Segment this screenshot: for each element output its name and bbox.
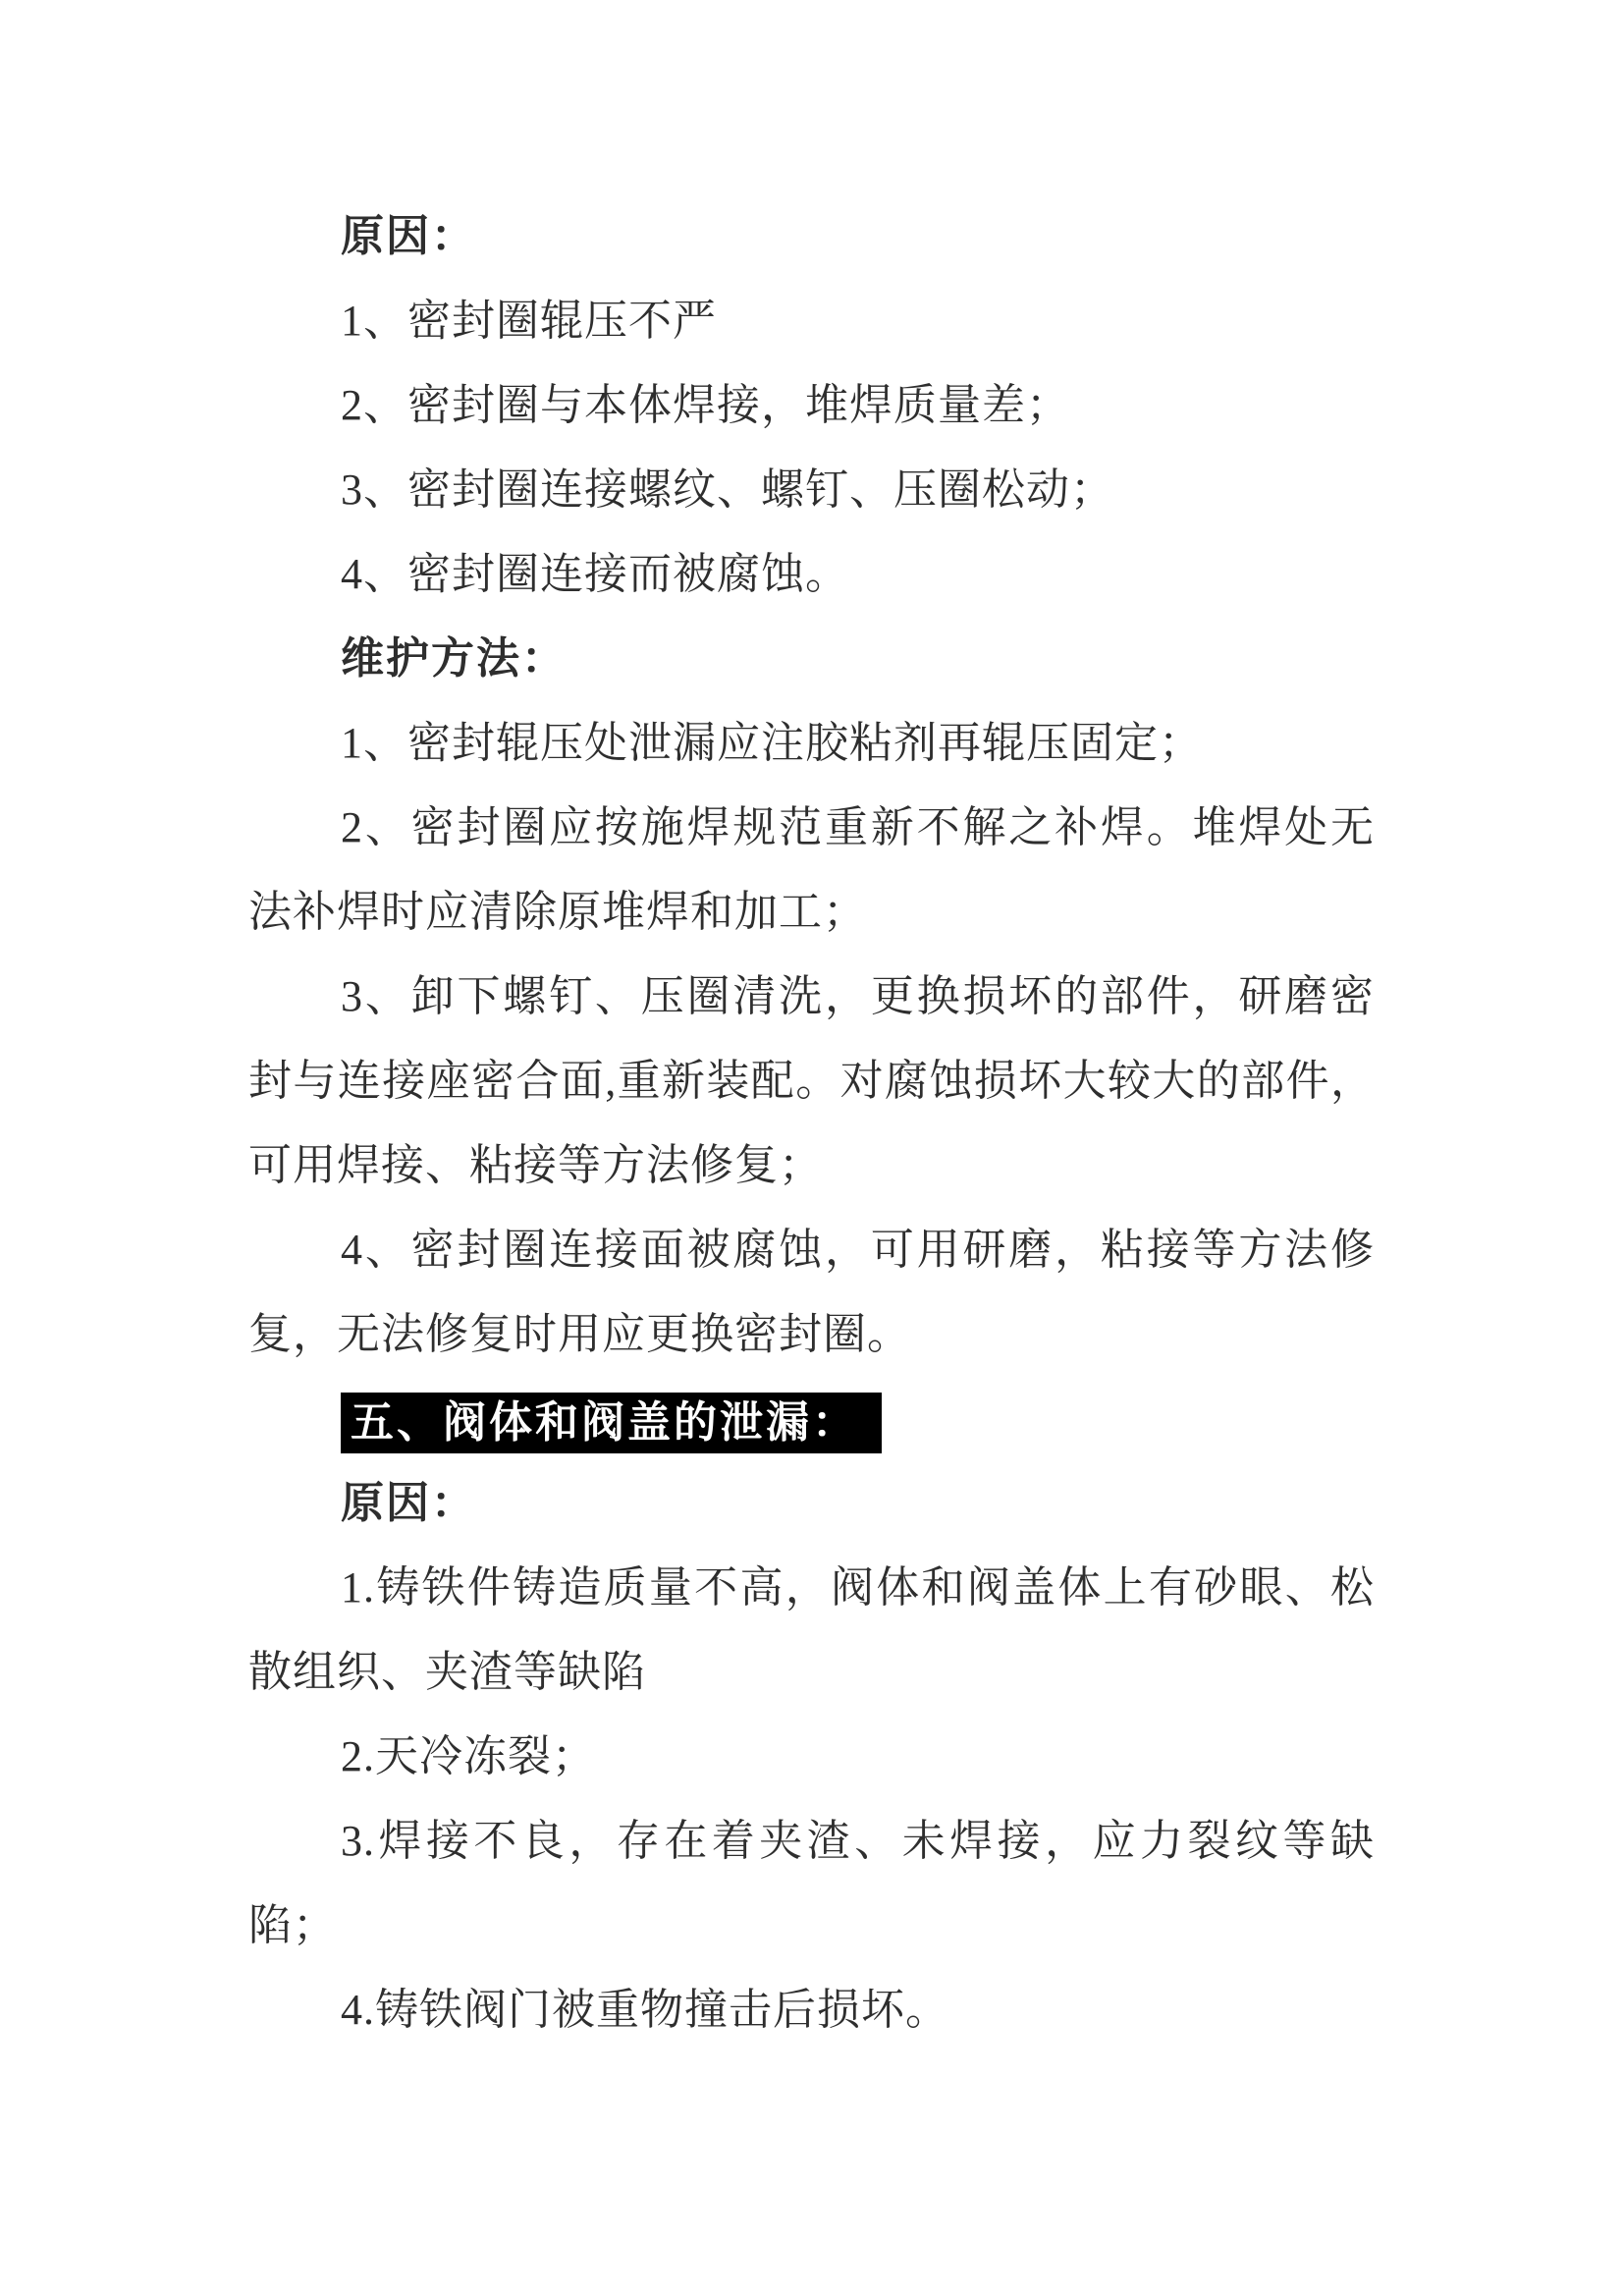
document-page: 原因：1、密封圈辊压不严2、密封圈与本体焊接，堆焊质量差；3、密封圈连接螺纹、螺… xyxy=(0,0,1623,2296)
text-line: 2、密封圈与本体焊接，堆焊质量差； xyxy=(248,363,1375,448)
text-line: 2.天冷冻裂； xyxy=(248,1715,1375,1799)
subheading-line: 原因： xyxy=(248,194,1375,279)
text-line: 3、卸下螺钉、压圈清洗，更换损坏的部件，研磨密 xyxy=(248,955,1375,1039)
text-line: 1、密封辊压处泄漏应注胶粘剂再辊压固定； xyxy=(248,701,1375,786)
text-line: 法补焊时应清除原堆焊和加工； xyxy=(248,870,1375,955)
text-line: 1、密封圈辊压不严 xyxy=(248,279,1375,363)
text-line: 4、密封圈连接而被腐蚀。 xyxy=(248,532,1375,617)
subheading-line: 原因： xyxy=(248,1461,1375,1546)
text-line: 3.焊接不良，存在着夹渣、未焊接，应力裂纹等缺 xyxy=(248,1799,1375,1884)
subheading-line: 维护方法： xyxy=(248,617,1375,701)
text-line: 陷； xyxy=(248,1884,1375,1968)
text-line: 4、密封圈连接面被腐蚀，可用研磨，粘接等方法修 xyxy=(248,1208,1375,1292)
text-line: 可用焊接、粘接等方法修复； xyxy=(248,1123,1375,1208)
text-line: 散组织、夹渣等缺陷 xyxy=(248,1630,1375,1715)
text-line: 复，无法修复时用应更换密封圈。 xyxy=(248,1292,1375,1377)
text-line: 3、密封圈连接螺纹、螺钉、压圈松动； xyxy=(248,448,1375,532)
text-line: 1.铸铁件铸造质量不高，阀体和阀盖体上有砂眼、松 xyxy=(248,1546,1375,1630)
document-body: 原因：1、密封圈辊压不严2、密封圈与本体焊接，堆焊质量差；3、密封圈连接螺纹、螺… xyxy=(248,194,1375,2052)
text-line: 4.铸铁阀门被重物撞击后损坏。 xyxy=(248,1968,1375,2052)
text-line: 封与连接座密合面,重新装配。对腐蚀损坏大较大的部件， xyxy=(248,1039,1375,1123)
section-heading-highlight: 五、阀体和阀盖的泄漏： xyxy=(341,1393,882,1453)
text-line: 2、密封圈应按施焊规范重新不解之补焊。堆焊处无 xyxy=(248,786,1375,870)
section-heading-line: 五、阀体和阀盖的泄漏： xyxy=(248,1377,1375,1461)
